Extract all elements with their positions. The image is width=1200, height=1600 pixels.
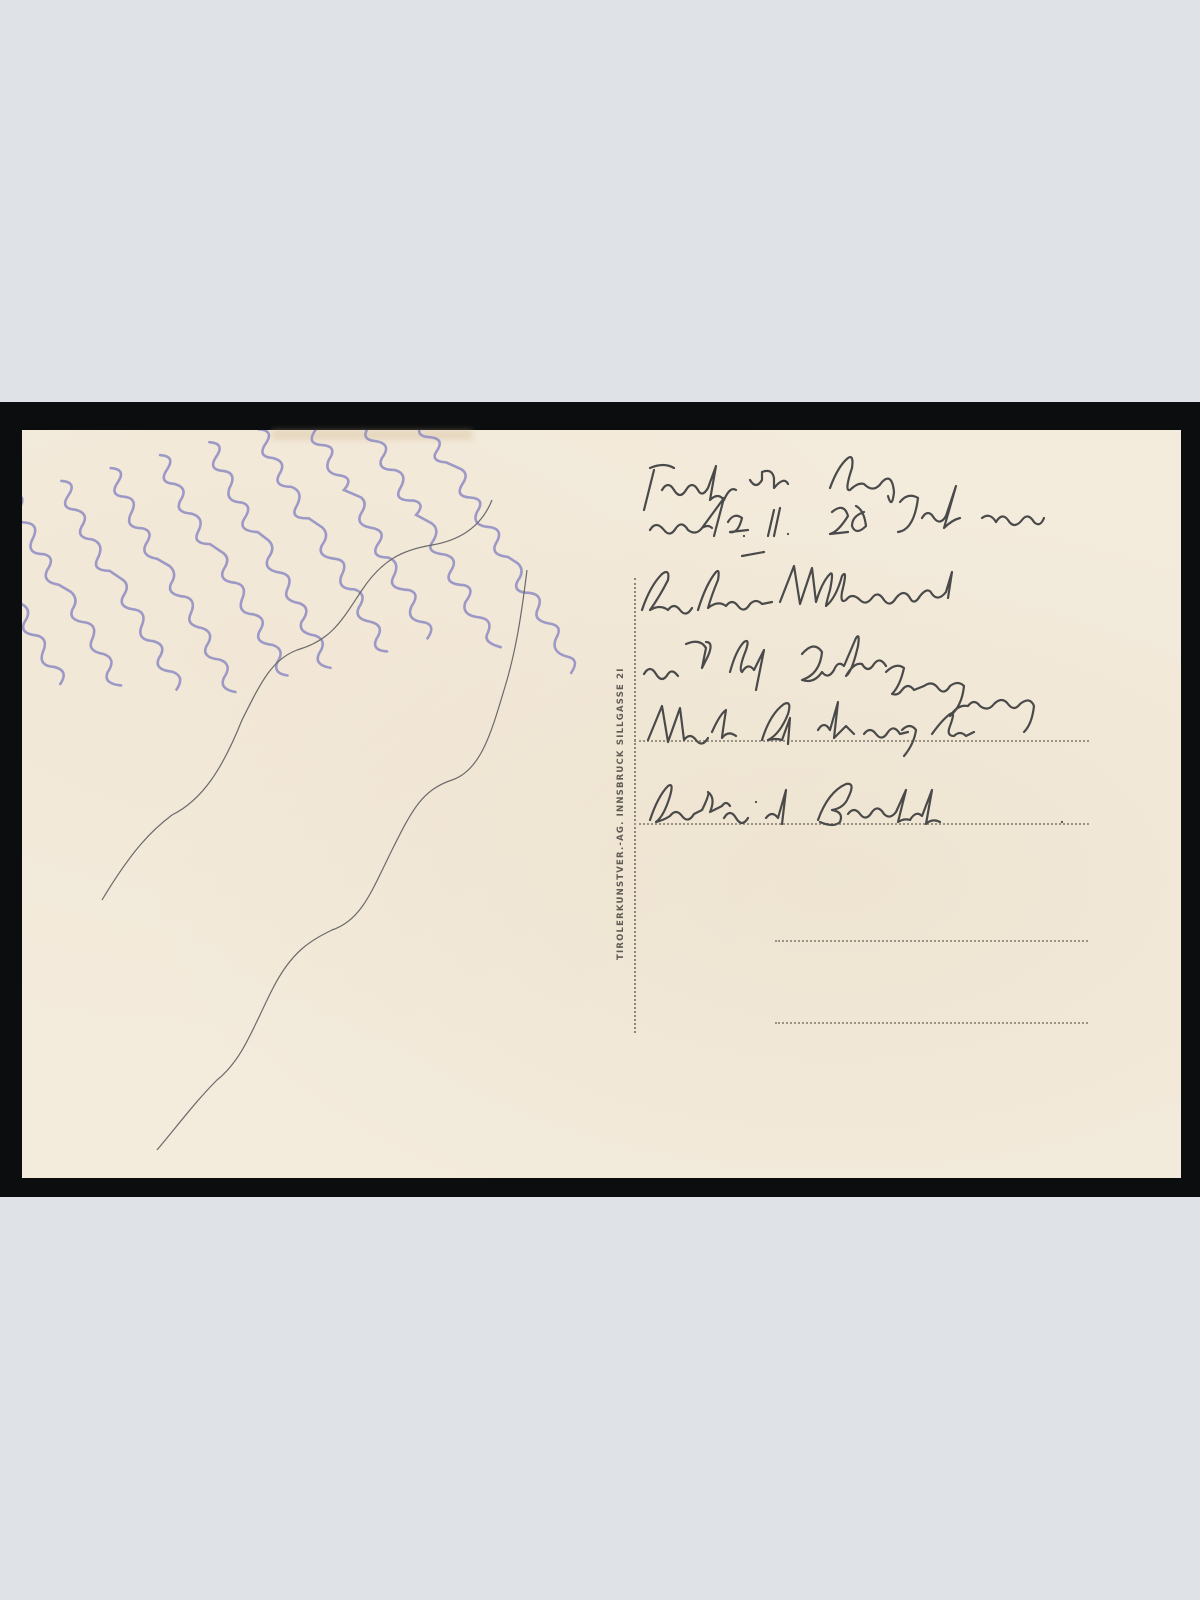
line-3 — [642, 566, 952, 614]
left-handwritten-message — [22, 430, 578, 928]
line-1 — [644, 457, 894, 510]
postcard-back: TIROLERKUNSTVER.-AG. INNSBRUCK SILLGASSE… — [22, 430, 1181, 1178]
line-6 — [650, 784, 1062, 825]
wavy-cancel-lines — [102, 500, 527, 1150]
line-4 — [644, 636, 1034, 732]
right-handwritten-message — [642, 457, 1062, 825]
line-5 — [648, 702, 974, 756]
line-2 — [650, 486, 1044, 536]
handwriting-layer — [22, 430, 1181, 1178]
line-2-underline — [742, 552, 764, 556]
